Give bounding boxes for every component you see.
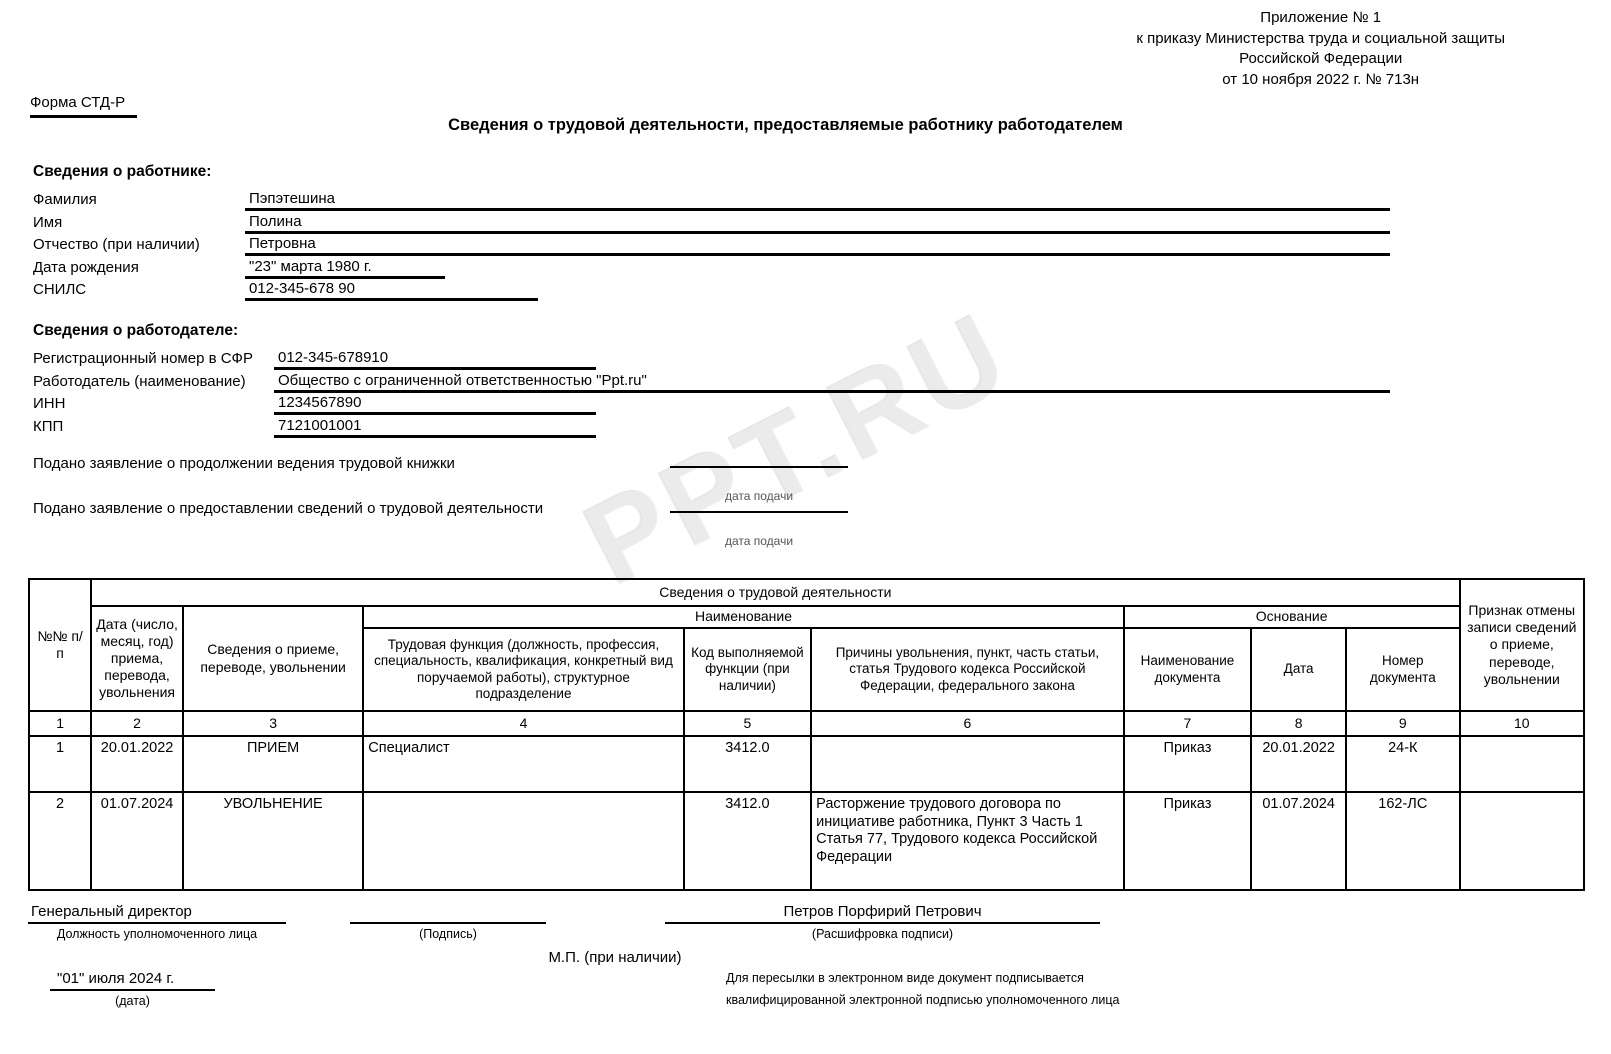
- patronymic-label: Отчество (при наличии): [33, 236, 200, 253]
- patronymic-row: Отчество (при наличии) Петровна: [33, 234, 1390, 256]
- name-label: Имя: [33, 214, 62, 231]
- statement-info-date-caption: дата подачи: [670, 534, 848, 548]
- table-header-row-groups: Дата (число, месяц, год) приема, перевод…: [29, 606, 1584, 628]
- employer-name-row: Работодатель (наименование) Общество с о…: [33, 370, 1390, 392]
- electronic-signature-note: Для пересылки в электронном виде докумен…: [726, 967, 1120, 1011]
- employer-section-title: Сведения о работодателе:: [33, 322, 1390, 340]
- position-line: [28, 903, 286, 924]
- cell-doc-number: 162-ЛС: [1346, 792, 1460, 890]
- col-header-date: Дата (число, месяц, год) приема, перевод…: [91, 606, 183, 711]
- table-row: 2 01.07.2024 УВОЛЬНЕНИЕ 3412.0 Расторжен…: [29, 792, 1584, 890]
- appendix-line: от 10 ноября 2022 г. № 713н: [1136, 70, 1505, 91]
- statement-workbook-date-caption: дата подачи: [670, 489, 848, 503]
- fio-line: [665, 903, 1100, 924]
- numbering-cell: 9: [1346, 711, 1460, 736]
- kpp-label: КПП: [33, 418, 63, 435]
- cell-cancel: [1460, 792, 1584, 890]
- cell-reason: Расторжение трудового договора по инициа…: [811, 792, 1124, 890]
- cell-code: 3412.0: [684, 736, 812, 792]
- cell-doc-name: Приказ: [1124, 792, 1252, 890]
- cell-function: Специалист: [363, 736, 683, 792]
- appendix-line: Приложение № 1: [1136, 8, 1505, 29]
- regnum-label: Регистрационный номер в СФР: [33, 350, 253, 367]
- cell-cancel: [1460, 736, 1584, 792]
- numbering-cell: 8: [1251, 711, 1346, 736]
- position-caption: Должность уполномоченного лица: [28, 927, 286, 941]
- table-row: 1 20.01.2022 ПРИЕМ Специалист 3412.0 При…: [29, 736, 1584, 792]
- col-header-code: Код выполняемой функции (при наличии): [684, 628, 812, 711]
- name-value: Полина: [245, 213, 1390, 234]
- signature-line: [350, 903, 546, 924]
- table-numbering-row: 1 2 3 4 5 6 7 8 9 10: [29, 711, 1584, 736]
- col-header-function: Трудовая функция (должность, профессия, …: [363, 628, 683, 711]
- col-header-cancel: Признак отмены записи сведений о приеме,…: [1460, 579, 1584, 711]
- regnum-value: 012-345-678910: [274, 349, 596, 370]
- cell-code: 3412.0: [684, 792, 812, 890]
- employer-name-label: Работодатель (наименование): [33, 373, 246, 390]
- cell-doc-name: Приказ: [1124, 736, 1252, 792]
- inn-value: 1234567890: [274, 394, 596, 415]
- std-r-form-document: PPT.RU Приложение № 1 к приказу Министер…: [0, 0, 1611, 1054]
- statement-info-date-line: [670, 511, 848, 513]
- table-span-header: Сведения о трудовой деятельности: [91, 579, 1459, 606]
- surname-row: Фамилия Пэпэтешина: [33, 189, 1390, 211]
- numbering-cell: 7: [1124, 711, 1252, 736]
- name-row: Имя Полина: [33, 211, 1390, 233]
- kpp-value: 7121001001: [274, 417, 596, 438]
- cell-date: 01.07.2024: [91, 792, 183, 890]
- col-header-reason: Причины увольнения, пункт, часть статьи,…: [811, 628, 1124, 711]
- cell-no: 2: [29, 792, 91, 890]
- signature-caption: (Подпись): [350, 927, 546, 941]
- patronymic-value: Петровна: [245, 235, 1390, 256]
- statement-workbook-date-line: [670, 466, 848, 468]
- numbering-cell: 1: [29, 711, 91, 736]
- fio-caption: (Расшифровка подписи): [665, 927, 1100, 941]
- inn-label: ИНН: [33, 395, 65, 412]
- cell-event: УВОЛЬНЕНИЕ: [183, 792, 363, 890]
- numbering-cell: 10: [1460, 711, 1584, 736]
- regnum-row: Регистрационный номер в СФР 012-345-6789…: [33, 348, 1390, 370]
- appendix-line: к приказу Министерства труда и социально…: [1136, 29, 1505, 50]
- snils-value: 012-345-678 90: [245, 280, 538, 301]
- surname-value: Пэпэтешина: [245, 190, 1390, 211]
- employer-section: Сведения о работодателе: Регистрационный…: [33, 322, 1390, 438]
- activity-table: №№ п/п Сведения о трудовой деятельности …: [28, 578, 1585, 891]
- snils-row: СНИЛС 012-345-678 90: [33, 279, 1390, 301]
- date-line: [50, 970, 215, 991]
- group-header-name: Наименование: [363, 606, 1123, 628]
- employee-section-title: Сведения о работнике:: [33, 163, 1390, 181]
- employer-name-value: Общество с ограниченной ответственностью…: [274, 372, 1390, 393]
- cell-no: 1: [29, 736, 91, 792]
- birthdate-value: "23" марта 1980 г.: [245, 258, 445, 279]
- birthdate-label: Дата рождения: [33, 259, 139, 276]
- group-header-basis: Основание: [1124, 606, 1460, 628]
- employee-section: Сведения о работнике: Фамилия Пэпэтешина…: [33, 163, 1390, 301]
- col-header-no: №№ п/п: [29, 579, 91, 711]
- col-header-doc-name: Наименование документа: [1124, 628, 1252, 711]
- birthdate-row: Дата рождения "23" марта 1980 г.: [33, 256, 1390, 278]
- stamp-note: М.П. (при наличии): [450, 949, 780, 966]
- numbering-cell: 2: [91, 711, 183, 736]
- snils-label: СНИЛС: [33, 281, 86, 298]
- electronic-signature-note-line: Для пересылки в электронном виде докумен…: [726, 967, 1120, 989]
- table-header-row-span: №№ п/п Сведения о трудовой деятельности …: [29, 579, 1584, 606]
- appendix-line: Российской Федерации: [1136, 49, 1505, 70]
- col-header-doc-date: Дата: [1251, 628, 1346, 711]
- cell-event: ПРИЕМ: [183, 736, 363, 792]
- appendix-block: Приложение № 1 к приказу Министерства тр…: [1136, 8, 1505, 90]
- numbering-cell: 3: [183, 711, 363, 736]
- statement-info: Подано заявление о предоставлении сведен…: [33, 500, 543, 517]
- document-title: Сведения о трудовой деятельности, предос…: [0, 116, 1571, 135]
- cell-function: [363, 792, 683, 890]
- col-header-doc-number: Номер документа: [1346, 628, 1460, 711]
- col-header-info: Сведения о приеме, переводе, увольнении: [183, 606, 363, 711]
- numbering-cell: 5: [684, 711, 812, 736]
- date-caption: (дата): [50, 994, 215, 1008]
- statement-workbook: Подано заявление о продолжении ведения т…: [33, 455, 455, 472]
- cell-doc-date: 20.01.2022: [1251, 736, 1346, 792]
- cell-doc-number: 24-К: [1346, 736, 1460, 792]
- surname-label: Фамилия: [33, 191, 97, 208]
- kpp-row: КПП 7121001001: [33, 415, 1390, 437]
- cell-date: 20.01.2022: [91, 736, 183, 792]
- cell-reason: [811, 736, 1124, 792]
- numbering-cell: 6: [811, 711, 1124, 736]
- inn-row: ИНН 1234567890: [33, 393, 1390, 415]
- form-code-label: Форма СТД-Р: [30, 94, 137, 118]
- electronic-signature-note-line: квалифицированной электронной подписью у…: [726, 989, 1120, 1011]
- numbering-cell: 4: [363, 711, 683, 736]
- cell-doc-date: 01.07.2024: [1251, 792, 1346, 890]
